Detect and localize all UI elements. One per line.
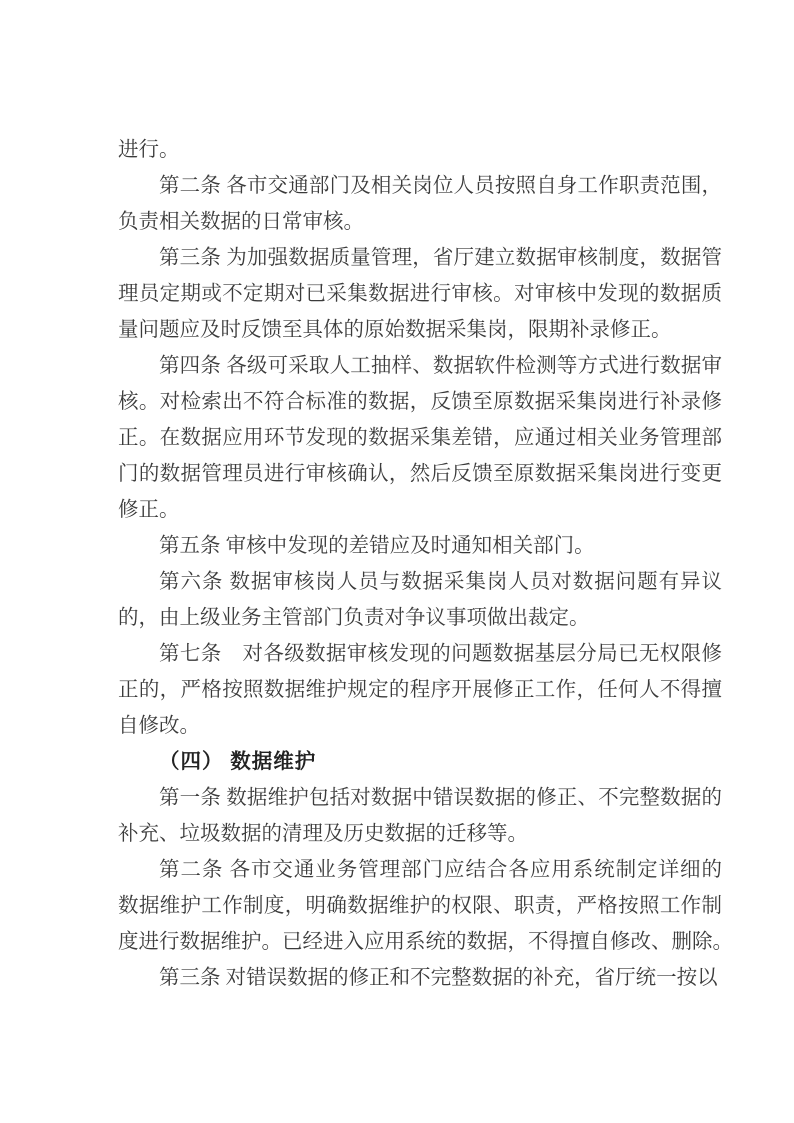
text-line: 量问题应及时反馈至具体的原始数据采集岗，限期补录修正。 <box>118 312 722 348</box>
text-line-article-5: 第五条 审核中发现的差错应及时通知相关部门。 <box>118 528 722 564</box>
text-line: 核。对检索出不符合标准的数据，反馈至原数据采集岗进行补录修 <box>118 384 722 420</box>
text-line-paragraph-continuation: 进行。 <box>118 132 722 168</box>
section-heading-data-maintenance: （四） 数据维护 <box>118 744 722 780</box>
text-line-article-7: 第七条 对各级数据审核发现的问题数据基层分局已无权限修 <box>118 636 722 672</box>
text-line: 度进行数据维护。已经进入应用系统的数据，不得擅自修改、删除。 <box>118 924 722 960</box>
text-line: 补充、垃圾数据的清理及历史数据的迁移等。 <box>118 816 722 852</box>
text-line: 修正。 <box>118 492 722 528</box>
text-line-article-6: 第六条 数据审核岗人员与数据采集岗人员对数据问题有异议 <box>118 564 722 600</box>
document-page: 进行。 第二条 各市交通部门及相关岗位人员按照自身工作职责范围， 负责相关数据的… <box>0 0 794 1123</box>
text-line-article-3-maintenance: 第三条 对错误数据的修正和不完整数据的补充，省厅统一按以 <box>118 960 722 996</box>
text-line: 正。在数据应用环节发现的数据采集差错，应通过相关业务管理部 <box>118 420 722 456</box>
text-line-article-4: 第四条 各级可采取人工抽样、数据软件检测等方式进行数据审 <box>118 348 722 384</box>
text-line-article-1: 第一条 数据维护包括对数据中错误数据的修正、不完整数据的 <box>118 780 722 816</box>
text-line: 正的，严格按照数据维护规定的程序开展修正工作，任何人不得擅 <box>118 672 722 708</box>
text-line: 负责相关数据的日常审核。 <box>118 204 722 240</box>
text-line-article-3: 第三条 为加强数据质量管理，省厅建立数据审核制度，数据管 <box>118 240 722 276</box>
text-line: 的，由上级业务主管部门负责对争议事项做出裁定。 <box>118 600 722 636</box>
text-line: 门的数据管理员进行审核确认，然后反馈至原数据采集岗进行变更 <box>118 456 722 492</box>
document-text-block: 进行。 第二条 各市交通部门及相关岗位人员按照自身工作职责范围， 负责相关数据的… <box>118 132 722 996</box>
text-line: 自修改。 <box>118 708 722 744</box>
text-line: 理员定期或不定期对已采集数据进行审核。对审核中发现的数据质 <box>118 276 722 312</box>
text-line-article-2: 第二条 各市交通部门及相关岗位人员按照自身工作职责范围， <box>118 168 722 204</box>
text-line-article-2-maintenance: 第二条 各市交通业务管理部门应结合各应用系统制定详细的 <box>118 852 722 888</box>
text-line: 数据维护工作制度，明确数据维护的权限、职责，严格按照工作制 <box>118 888 722 924</box>
